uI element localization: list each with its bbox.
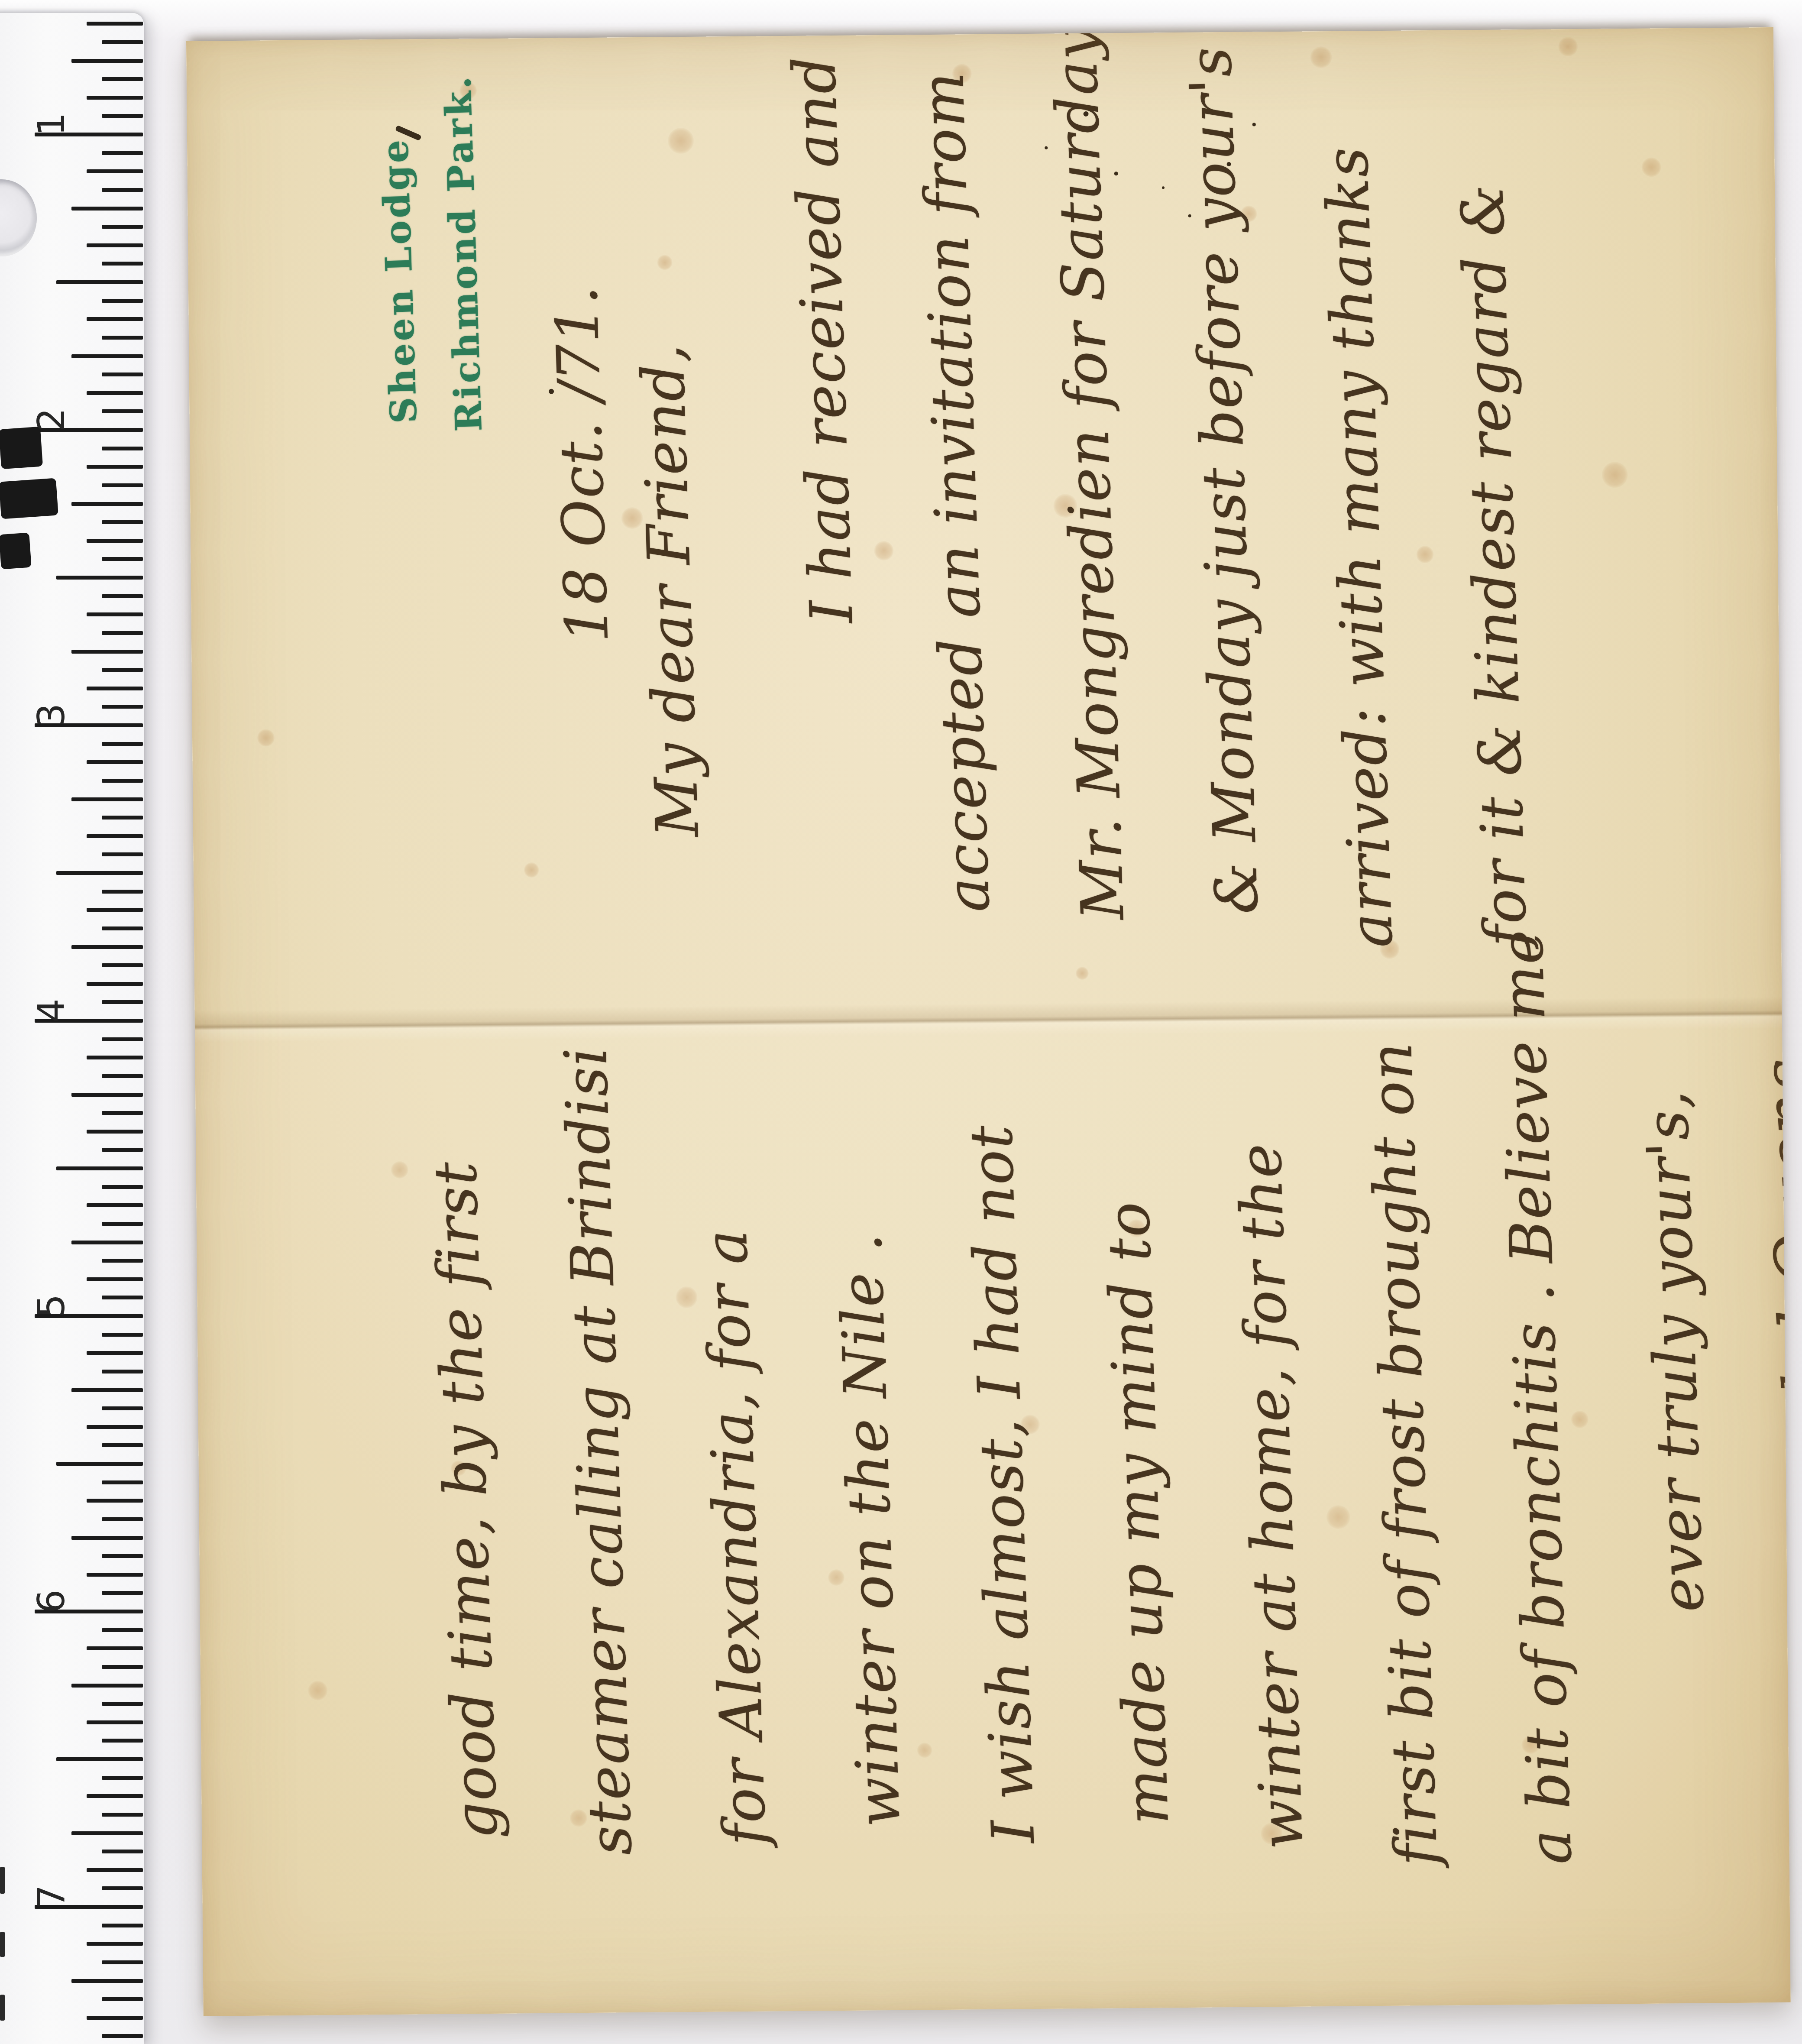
ruler-tick <box>71 1979 143 1983</box>
ruler-tick <box>102 926 143 930</box>
ruler-tick <box>87 1277 143 1281</box>
ruler-tick <box>87 1056 143 1059</box>
ruler-tick <box>102 262 143 266</box>
ruler-tick <box>71 1536 143 1540</box>
ruler-tick <box>87 243 143 247</box>
ruler-tick <box>87 317 143 321</box>
ruler-tick <box>87 1646 143 1650</box>
ruler-number: 7 <box>28 1871 75 1923</box>
ruler-number: 3 <box>28 689 75 741</box>
ruler-tick <box>102 1997 143 2001</box>
ruler-tick <box>102 1370 143 1373</box>
ruler-tick <box>87 465 143 469</box>
ruler-number: 6 <box>28 1575 75 1627</box>
ruler-tick <box>102 1665 143 1669</box>
ruler-tick <box>102 188 143 192</box>
ruler-tick <box>71 1241 143 1244</box>
ruler-tick <box>87 1203 143 1207</box>
ruler-tick <box>56 871 143 875</box>
ruler-tick <box>87 22 143 26</box>
scanner-bed: 1234567 Sheen Lodge Richmond Park. 18 Oc… <box>0 0 1802 2044</box>
ruler-tick <box>102 1037 143 1041</box>
letter-line: made up my mind to <box>1056 1019 1215 1827</box>
ruler-tick <box>71 945 143 949</box>
ruler-tick <box>87 982 143 986</box>
ruler-tick <box>87 834 143 838</box>
ruler-tick <box>102 779 143 783</box>
ruler-tick <box>102 1259 143 1263</box>
ruler-tick <box>102 852 143 856</box>
letterhead-line-2: Richmond Park. <box>424 38 501 432</box>
ruler-tick <box>87 1351 143 1355</box>
ruler-tick <box>87 539 143 543</box>
ruler-tick <box>102 1074 143 1078</box>
ruler-tick <box>56 576 143 580</box>
ruler-tick <box>102 1776 143 1780</box>
ruler-number: 4 <box>28 985 75 1037</box>
ruler-tick <box>87 1573 143 1577</box>
ruler-tick <box>102 1000 143 1004</box>
ruler-tick <box>87 1868 143 1872</box>
ruler-tick <box>87 96 143 100</box>
ruler-tick <box>102 447 143 450</box>
letter-line: Mr. Mongredien for Saturday <box>1009 32 1171 922</box>
ruler-tick <box>102 225 143 229</box>
ruler-tick <box>102 409 143 413</box>
ruler-tick <box>102 1333 143 1337</box>
ruler: 1234567 <box>0 13 144 2044</box>
ruler-tick <box>71 650 143 654</box>
ruler-brand-partial-mark <box>0 478 58 519</box>
letter-line: winter on the Nile . <box>787 1021 947 1829</box>
letter-line: winter at home, for the <box>1189 1017 1349 1852</box>
ruler-tick <box>56 1166 143 1170</box>
ruler-tick <box>102 151 143 155</box>
ruler-tick <box>102 890 143 894</box>
ruler-number: 1 <box>28 98 75 150</box>
ruler-tick <box>102 520 143 524</box>
ruler-tick <box>102 1850 143 1853</box>
ruler-tick <box>102 742 143 746</box>
ruler-tick <box>56 280 143 284</box>
ruler-tick <box>71 502 143 506</box>
ruler-tick <box>102 299 143 303</box>
ruler-tick <box>102 483 143 487</box>
ruler-tick <box>87 169 143 173</box>
ruler-tick <box>102 1813 143 1817</box>
date-line: 18 Oct. /71. <box>536 37 620 644</box>
ruler-tick <box>102 1628 143 1632</box>
ruler-tick <box>102 557 143 561</box>
letter-line: I wish almost, I had not <box>921 1020 1081 1846</box>
ruler-tick <box>87 612 143 616</box>
ruler-tick <box>102 373 143 376</box>
ruler-edge-partial-mark <box>0 1867 5 1894</box>
letter-line: accepted an invitation from <box>874 32 1036 914</box>
ruler-tick <box>102 668 143 672</box>
ruler-tick <box>71 1831 143 1835</box>
ruler-tick <box>102 1554 143 1558</box>
ruler-tick <box>102 963 143 967</box>
letter-page-1: Sheen Lodge Richmond Park. 18 Oct. /71. … <box>186 27 1782 1029</box>
ruler-tick <box>87 391 143 395</box>
ruler-tick <box>87 687 143 690</box>
ruler-tick <box>102 705 143 709</box>
ruler-tick <box>102 1480 143 1484</box>
ruler-tick <box>102 1111 143 1115</box>
ruler-tick <box>102 1443 143 1447</box>
letterhead-line-1: Sheen Lodge <box>359 39 437 424</box>
ruler-tick <box>102 1886 143 1890</box>
ruler-tick <box>71 1388 143 1392</box>
ruler-tick <box>102 1517 143 1521</box>
ruler-tick <box>71 1684 143 1688</box>
ruler-edge-partial-mark <box>0 1995 5 2021</box>
ruler-brand-partial-mark <box>0 427 43 469</box>
ruler-tick <box>102 336 143 340</box>
ruler-tick <box>102 40 143 44</box>
ruler-tick <box>71 1093 143 1097</box>
ruler-brand-partial-mark <box>0 533 32 570</box>
ruler-tick <box>102 1296 143 1299</box>
ruler-tick <box>87 2016 143 2020</box>
ruler-tick <box>102 631 143 635</box>
ruler-tick <box>87 1425 143 1429</box>
letter-line: good time, by the first <box>384 1024 544 1841</box>
ruler-tick <box>71 207 143 211</box>
letter-line: a bit of bronchitis . Believe me <box>1457 1015 1618 1867</box>
ruler-tick <box>102 1148 143 1152</box>
ruler-tick <box>56 1462 143 1466</box>
ruler-number: 5 <box>28 1280 75 1332</box>
letter-paper: Sheen Lodge Richmond Park. 18 Oct. /71. … <box>186 27 1791 2016</box>
ruler-tick <box>56 1757 143 1761</box>
ruler-tick <box>87 760 143 764</box>
ruler-tick <box>102 114 143 118</box>
letter-line: steamer calling at Brindisi <box>518 1024 678 1858</box>
ruler-tick <box>87 1794 143 1798</box>
ruler-tick <box>102 1591 143 1595</box>
ruler-tick <box>87 1130 143 1134</box>
ruler-tick <box>102 1739 143 1743</box>
ruler-tick <box>102 77 143 81</box>
letter-line: first bit of frost brought on <box>1323 1016 1484 1868</box>
ruler-tick <box>71 354 143 358</box>
ruler-tick <box>71 797 143 801</box>
salutation: My dear Friend, <box>621 36 711 838</box>
ruler-tick <box>102 1222 143 1226</box>
ruler-hanging-hole <box>0 179 37 256</box>
letter-line: for it & kindest regard & <box>1411 28 1573 949</box>
ruler-tick <box>71 59 143 63</box>
ruler-tick <box>87 908 143 912</box>
letter-line: I had received and <box>747 34 899 625</box>
ruler-tick <box>102 594 143 598</box>
ruler-tick <box>102 816 143 820</box>
ruler-tick <box>87 1942 143 1946</box>
letter-line: for Alexandria, for a <box>653 1022 812 1848</box>
ruler-tick <box>87 1720 143 1724</box>
ruler-tick <box>102 1702 143 1706</box>
ruler-tick <box>102 1960 143 1964</box>
ruler-tick <box>102 1406 143 1410</box>
ruler-tick <box>102 2034 143 2038</box>
ruler-edge-partial-mark <box>0 1932 5 1957</box>
ruler-tick <box>87 1499 143 1503</box>
ruler-tick <box>102 1185 143 1189</box>
ruler-tick <box>102 1924 143 1927</box>
letter-page-2: good time, by the first steamer calling … <box>195 1015 1791 2016</box>
